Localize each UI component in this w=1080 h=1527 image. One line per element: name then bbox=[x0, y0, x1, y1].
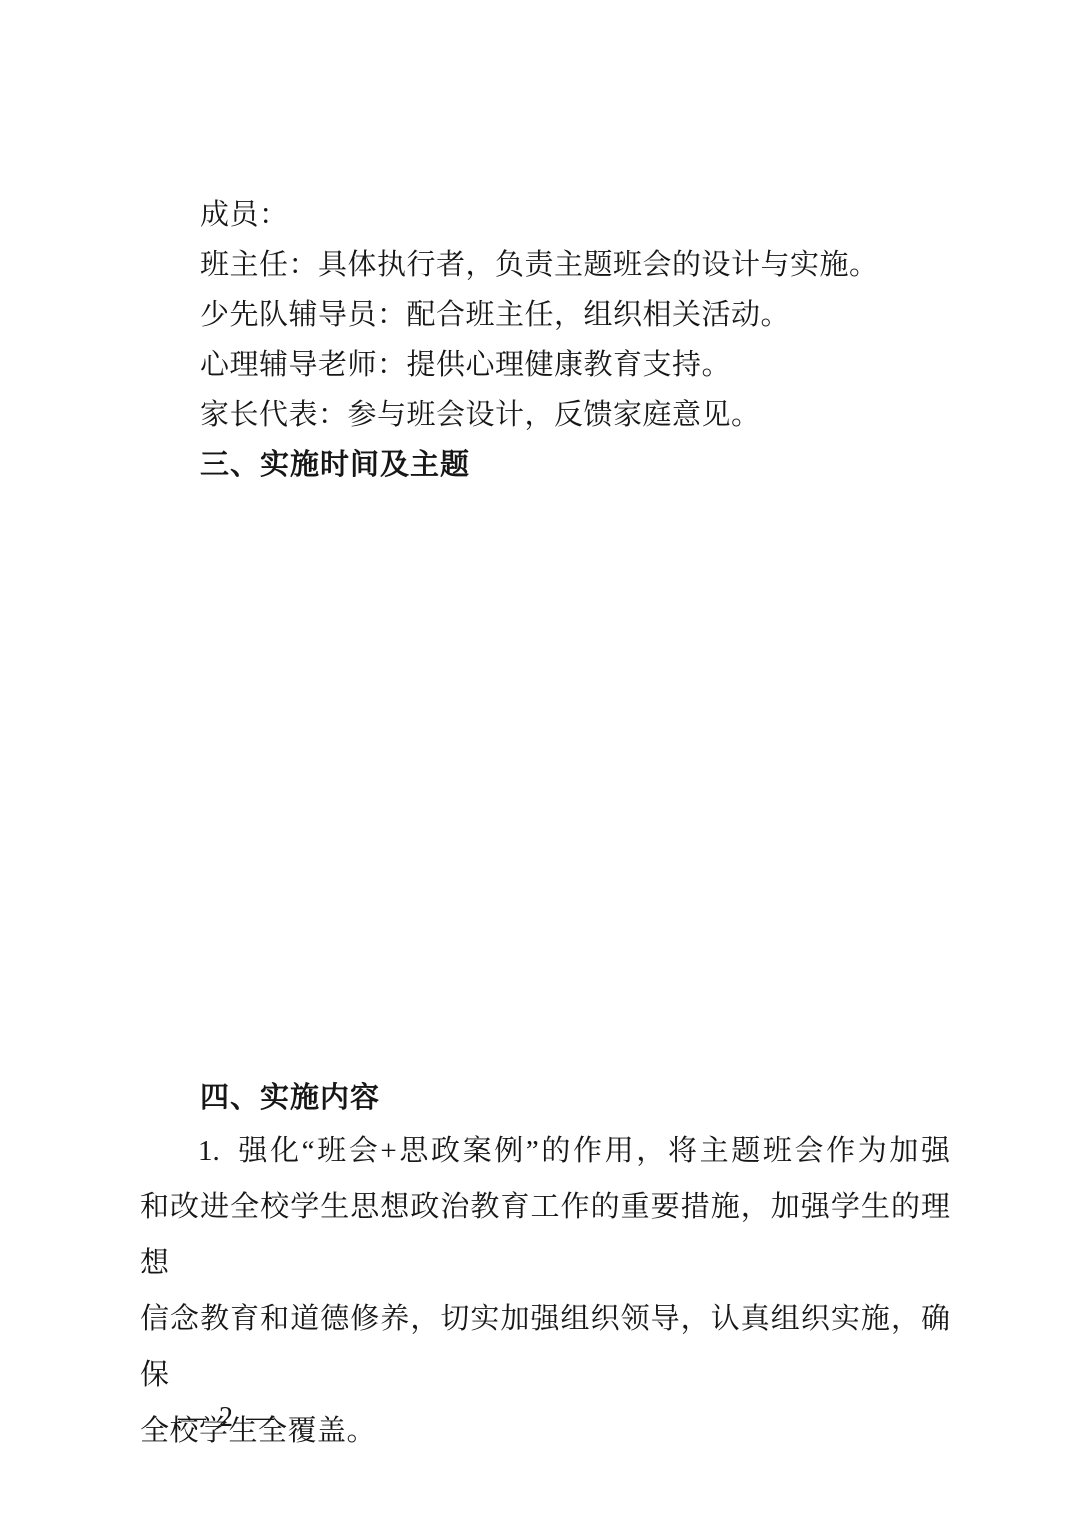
page-number: — 2 — bbox=[178, 1398, 277, 1438]
member-line-class-teacher: 班主任：具体执行者，负责主题班会的设计与实施。 bbox=[140, 240, 950, 290]
member-line-parent-representative: 家长代表：参与班会设计，反馈家庭意见。 bbox=[140, 390, 950, 440]
document-page: 成员： 班主任：具体执行者，负责主题班会的设计与实施。 少先队辅导员：配合班主任… bbox=[0, 0, 1080, 1527]
document-content: 成员： 班主任：具体执行者，负责主题班会的设计与实施。 少先队辅导员：配合班主任… bbox=[140, 190, 950, 1459]
member-line-young-pioneers-counselor: 少先队辅导员：配合班主任，组织相关活动。 bbox=[140, 290, 950, 340]
paragraph-1-line-3: 信念教育和道德修养，切实加强组织领导，认真组织实施，确保 bbox=[140, 1291, 950, 1403]
paragraph-1-number: 1. bbox=[198, 1135, 220, 1167]
paragraph-1-line-1: 1.强化“班会+思政案例”的作用，将主题班会作为加强 bbox=[140, 1123, 950, 1179]
section-3-heading: 三、实施时间及主题 bbox=[140, 440, 950, 490]
member-line-psychology-teacher: 心理辅导老师：提供心理健康教育支持。 bbox=[140, 340, 950, 390]
members-label: 成员： bbox=[140, 190, 950, 240]
blank-region bbox=[140, 490, 950, 1073]
paragraph-1-line-2: 和改进全校学生思想政治教育工作的重要措施，加强学生的理想 bbox=[140, 1179, 950, 1291]
paragraph-1-line-1-text: 强化“班会+思政案例”的作用，将主题班会作为加强 bbox=[236, 1135, 950, 1167]
section-4-heading: 四、实施内容 bbox=[140, 1073, 950, 1123]
